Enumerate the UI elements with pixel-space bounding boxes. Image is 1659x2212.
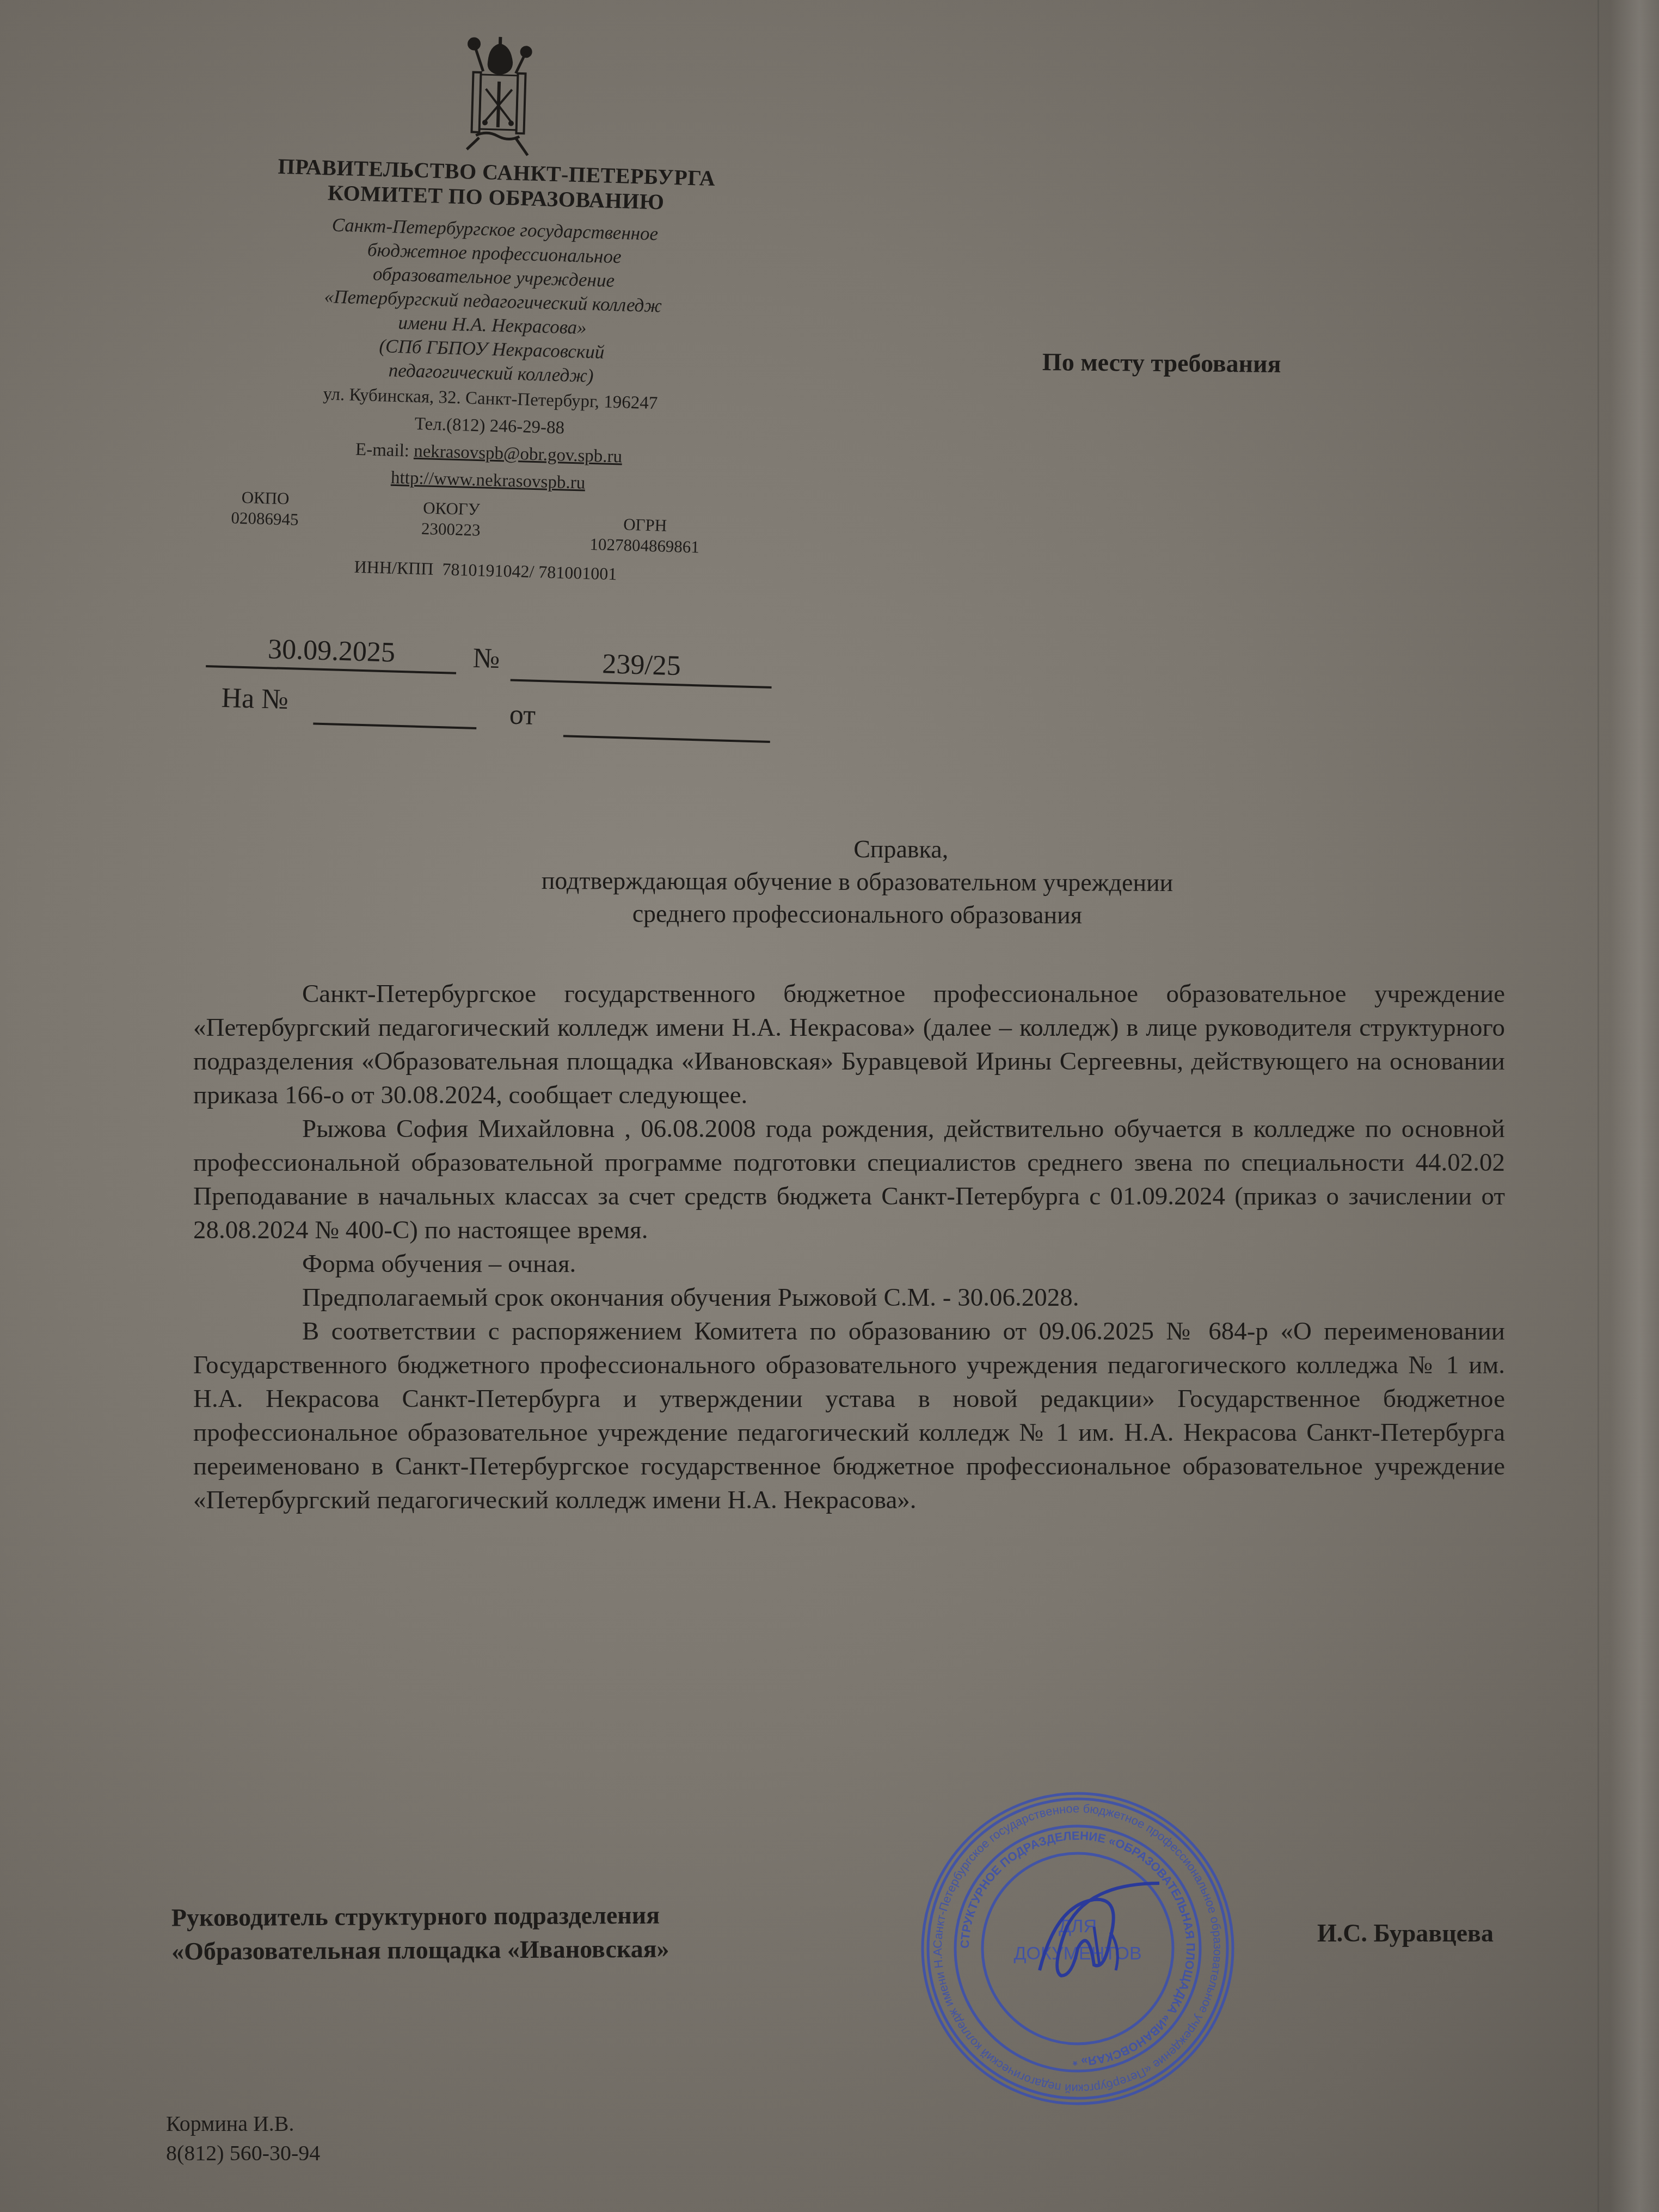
paper-edge-shadow xyxy=(1610,0,1659,2212)
paper-edge-line xyxy=(1597,0,1599,2212)
okogu-code: ОКОГУ 2300223 xyxy=(421,497,482,540)
number-sign: № xyxy=(472,642,500,675)
body-paragraph: Форма обучения – очная. xyxy=(193,1247,1505,1281)
reply-to-field xyxy=(313,689,477,729)
title-line: среднего профессионального образования xyxy=(435,896,1279,932)
executor-info: Кормина И.В. 8(812) 560-30-94 xyxy=(166,2109,320,2168)
body-paragraph: Рыжова София Михайловна , 06.08.2008 год… xyxy=(193,1112,1505,1247)
signatory-position: Руководитель структурного подразделения … xyxy=(171,1898,669,1969)
email-link[interactable]: nekrasovspb@obr.gov.spb.ru xyxy=(414,441,623,467)
body-paragraph: В соответствии с распоряжением Комитета … xyxy=(193,1314,1505,1517)
email-label: E-mail: xyxy=(355,440,410,461)
body-paragraph: Предполагаемый срок окончания обучения Р… xyxy=(193,1281,1505,1314)
outgoing-number-field: 239/25 xyxy=(511,646,773,689)
body-paragraph: Санкт-Петербургское государственного бюд… xyxy=(193,977,1505,1112)
st-petersburg-coat-of-arms-icon xyxy=(459,28,539,161)
title-line: Справка, xyxy=(435,831,1279,867)
okpo-code: ОКПО 02086945 xyxy=(231,487,299,530)
executor-phone: 8(812) 560-30-94 xyxy=(166,2139,320,2168)
title-line: подтверждающая обучение в образовательно… xyxy=(435,864,1279,899)
ogrn-code: ОГРН 1027804869861 xyxy=(589,513,701,558)
outgoing-date-field: 30.09.2025 xyxy=(206,631,457,674)
executor-name: Кормина И.В. xyxy=(166,2109,320,2139)
document-title: Справка, подтверждающая обучение в образ… xyxy=(435,831,1280,932)
addressee: По месту требования xyxy=(1042,347,1281,378)
reply-to-label: На № xyxy=(221,682,289,716)
from-field xyxy=(563,701,771,743)
letterhead: ПРАВИТЕЛЬСТВО САНКТ-ПЕТЕРБУРГА КОМИТЕТ П… xyxy=(213,22,773,589)
signatory-name: И.С. Буравцева xyxy=(1317,1919,1494,1947)
document-body: Санкт-Петербургское государственного бюд… xyxy=(193,977,1505,1517)
registration-fields: 30.09.2025 № 239/25 На № от xyxy=(204,631,783,757)
document-page: ПРАВИТЕЛЬСТВО САНКТ-ПЕТЕРБУРГА КОМИТЕТ П… xyxy=(0,0,1659,2212)
from-label: от xyxy=(509,699,536,732)
official-stamp-icon: Санкт-Петербургское государственное бюдж… xyxy=(914,1785,1241,2112)
